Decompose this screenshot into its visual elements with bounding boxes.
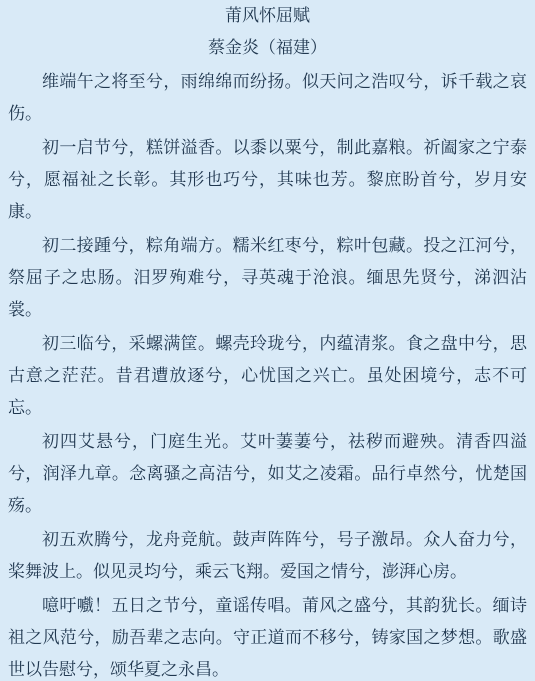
document-author: 蔡金炎（福建） bbox=[8, 32, 527, 64]
paragraph-2: 初一启节兮，糕饼溢香。以黍以粟兮，制此嘉粮。祈阖家之宁泰兮，愿福祉之长彰。其形也… bbox=[8, 132, 527, 228]
paragraph-6: 初五欢腾兮，龙舟竞航。鼓声阵阵兮，号子激昂。众人奋力兮，桨舞波上。似见灵均兮，乘… bbox=[8, 524, 527, 588]
document-title: 莆风怀屈赋 bbox=[8, 0, 527, 32]
paragraph-1: 维端午之将至兮，雨绵绵而纷扬。似天问之浩叹兮，诉千载之哀伤。 bbox=[8, 66, 527, 130]
document-page: 莆风怀屈赋 蔡金炎（福建） 维端午之将至兮，雨绵绵而纷扬。似天问之浩叹兮，诉千载… bbox=[0, 0, 535, 681]
paragraph-3: 初二接踵兮，粽角端方。糯米红枣兮，粽叶包藏。投之江河兮，祭屈子之忠肠。汨罗殉难兮… bbox=[8, 230, 527, 326]
paragraph-7: 噫吁嚱！五日之节兮，童谣传唱。莆风之盛兮，其韵犹长。缅诗祖之风范兮，励吾辈之志向… bbox=[8, 590, 527, 681]
paragraph-5: 初四艾悬兮，门庭生光。艾叶萋萋兮，祛秽而避殃。清香四溢兮，润泽九章。念离骚之高洁… bbox=[8, 426, 527, 522]
paragraph-4: 初三临兮，采螺满筐。螺壳玲珑兮，内蕴清浆。食之盘中兮，思古意之茫茫。昔君遭放逐兮… bbox=[8, 328, 527, 424]
